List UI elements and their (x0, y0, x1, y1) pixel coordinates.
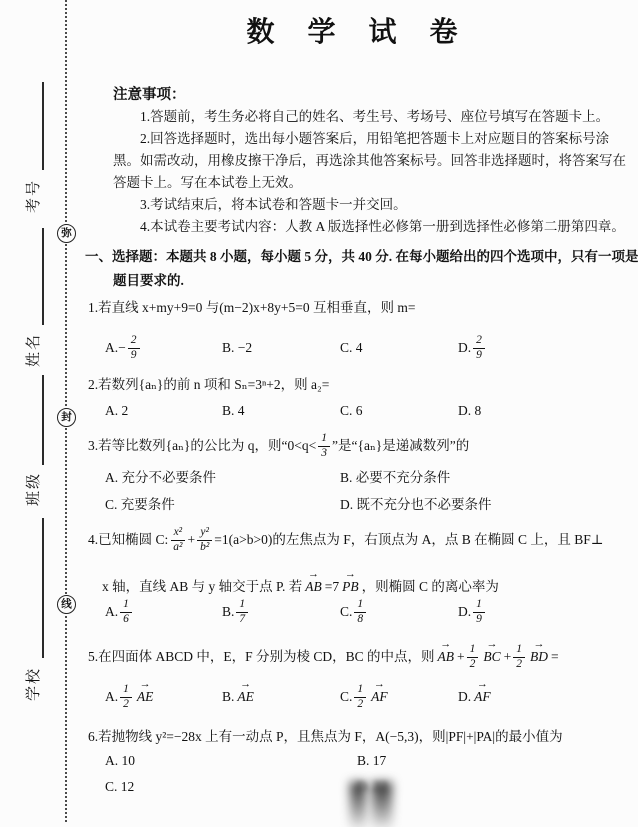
seal-char-feng: 封 (57, 408, 76, 427)
seal-char-xian: 线 (57, 595, 76, 614)
q4-vector-ab: AB (304, 578, 323, 596)
q4-option-b: B. 17 (222, 594, 250, 630)
q3-option-b: B. 必要不充分条件 (340, 469, 450, 487)
q4-option-c-fraction: 18 (354, 598, 366, 627)
q1-option-a-fraction: 29 (128, 334, 140, 363)
scan-smudge-streak-1 (350, 782, 366, 827)
q5-option-a-label: A. (105, 688, 118, 706)
q5-option-d-vector-af: AF (473, 688, 492, 706)
q2-option-d: D. 8 (458, 402, 481, 420)
q4-fraction-y: y²b² (197, 526, 212, 555)
q4-option-a-fraction: 16 (120, 598, 132, 627)
q3-stem-post: ”是“{aₙ}是递减数列”的 (332, 437, 469, 455)
q5-option-d-label: D. (458, 688, 471, 706)
q3-option-a: A. 充分不必要条件 (105, 469, 216, 487)
field-label-banji: 班级 (24, 472, 44, 506)
q4-plus: + (187, 531, 195, 549)
notice-heading: 注意事项： (113, 86, 186, 106)
q4-option-c: C. 18 (340, 594, 368, 630)
q5-option-c: C. 12 AF (340, 680, 391, 714)
q5-stem-pre: 5.在四面体 ABCD 中，E，F 分别为棱 CD，BC 的中点，则 (88, 648, 435, 666)
q3-option-d: D. 既不充分也不必要条件 (340, 496, 492, 514)
field-line-xuexiao (42, 518, 44, 658)
q5-stem: 5.在四面体 ABCD 中，E，F 分别为棱 CD，BC 的中点，则 AB + … (88, 640, 559, 674)
q2-stem: 2.若数列{aₙ}的前 n 项和 Sₙ=3ⁿ+2，则 a₂= (88, 376, 329, 394)
q5-option-b: B. AE (222, 680, 257, 714)
q4-stem-line1: 4.已知椭圆 C: x²a² + y²b² =1(a>b>0)的左焦点为 F，右… (88, 522, 603, 558)
q1-option-a-label: A. (105, 339, 118, 357)
notice-line-4: 答题卡上。写在本试卷上无效。 (113, 174, 302, 192)
q5-option-b-vector-ae: AE (236, 688, 255, 706)
q4-option-b-label: B. (222, 603, 234, 621)
q5-option-c-vector-af: AF (370, 688, 389, 706)
field-label-xuexiao: 学校 (24, 667, 44, 701)
q5-vector-bc: BC (482, 648, 501, 666)
q2-option-a: A. 2 (105, 402, 128, 420)
q1-option-d-label: D. (458, 339, 471, 357)
q6-option-b: B. 17 (357, 752, 386, 770)
q5-plus-1: + (457, 648, 465, 666)
q2-option-c: C. 6 (340, 402, 363, 420)
q5-option-a-fraction: 12 (120, 683, 132, 712)
q5-fraction-2: 12 (513, 643, 525, 672)
q1-option-d: D. 29 (458, 330, 487, 366)
q1-option-a: A. − 29 (105, 330, 142, 366)
q5-option-d: D. AF (458, 680, 494, 714)
seal-char-mi: 弥 (57, 224, 76, 243)
q4-stem1-post: =1(a>b>0)的左焦点为 F，右顶点为 A，点 B 在椭圆 C 上，且 BF… (214, 531, 603, 549)
q5-vector-ab: AB (437, 648, 456, 666)
q4-option-d-label: D. (458, 603, 471, 621)
q3-option-c: C. 充要条件 (105, 496, 175, 514)
q5-equals: = (551, 648, 559, 666)
q5-fraction-1: 12 (467, 643, 479, 672)
notice-line-5: 3.考试结束后，将本试卷和答题卡一并交回。 (140, 196, 407, 214)
q5-option-c-fraction: 12 (354, 683, 366, 712)
q4-fraction-x: x²a² (170, 526, 185, 555)
field-label-kaohao: 考号 (24, 179, 44, 213)
field-label-xingming: 姓名 (24, 333, 44, 367)
q1-option-d-fraction: 29 (473, 334, 485, 363)
q4-stem-line2: x 轴，直线 AB 与 y 轴交于点 P. 若 AB =7 PB ，则椭圆 C … (102, 563, 499, 601)
q3-stem: 3.若等比数列{aₙ}的公比为 q，则“0<q< 13 ”是“{aₙ}是递减数列… (88, 428, 469, 464)
q3-stem-pre: 3.若等比数列{aₙ}的公比为 q，则“0<q< (88, 437, 316, 455)
q5-plus-2: + (504, 648, 512, 666)
q1-option-a-sign: − (118, 339, 126, 357)
q6-option-a: A. 10 (105, 752, 135, 770)
q5-option-a-vector-ae: AE (136, 688, 155, 706)
scan-smudge-streak-2 (372, 782, 392, 827)
section-header-line2: 题目要求的. (113, 272, 184, 290)
q6-stem: 6.若抛物线 y²=−28x 上有一动点 P，且焦点为 F，A(−5,3)，则|… (88, 728, 563, 746)
q4-stem1-pre: 4.已知椭圆 C: (88, 531, 168, 549)
notice-line-2: 2.回答选择题时，选出每小题答案后，用铅笔把答题卡上对应题目的答案标号涂 (140, 130, 609, 148)
q4-option-d: D. 19 (458, 594, 487, 630)
q4-option-c-label: C. (340, 603, 352, 621)
q4-option-a-label: A. (105, 603, 118, 621)
q4-option-a: A. 16 (105, 594, 134, 630)
q4-mid: =7 (325, 578, 339, 596)
section-header-line1: 一、选择题：本题共 8 小题，每小题 5 分，共 40 分. 在每小题给出的四个… (85, 248, 638, 266)
q5-option-c-label: C. (340, 688, 352, 706)
q3-stem-fraction: 13 (318, 432, 330, 461)
page-title: 数 学 试 卷 (85, 14, 632, 52)
q5-vector-bd: BD (529, 648, 549, 666)
notice-line-1: 1.答题前，考生务必将自己的姓名、考生号、考场号、座位号填写在答题卡上。 (140, 108, 609, 126)
q1-stem: 1.若直线 x+my+9=0 与(m−2)x+8y+5=0 互相垂直，则 m= (88, 299, 416, 317)
q1-option-b: B. −2 (222, 330, 252, 366)
q6-option-c: C. 12 (105, 778, 134, 796)
q5-option-a: A. 12 AE (105, 680, 156, 714)
q4-option-b-fraction: 17 (236, 598, 248, 627)
q2-option-b: B. 4 (222, 402, 245, 420)
field-line-kaohao (42, 82, 44, 170)
q5-option-b-label: B. (222, 688, 234, 706)
q4-option-d-fraction: 19 (473, 598, 485, 627)
notice-line-6: 4.本试卷主要考试内容：人教 A 版选择性必修第一册到选择性必修第二册第四章。 (140, 218, 625, 236)
notice-line-3: 黑。如需改动，用橡皮擦干净后，再选涂其他答案标号。回答非选择题时，将答案写在 (113, 152, 626, 170)
field-line-xingming (42, 228, 44, 325)
q1-option-c: C. 4 (340, 330, 363, 366)
field-line-banji (42, 375, 44, 465)
